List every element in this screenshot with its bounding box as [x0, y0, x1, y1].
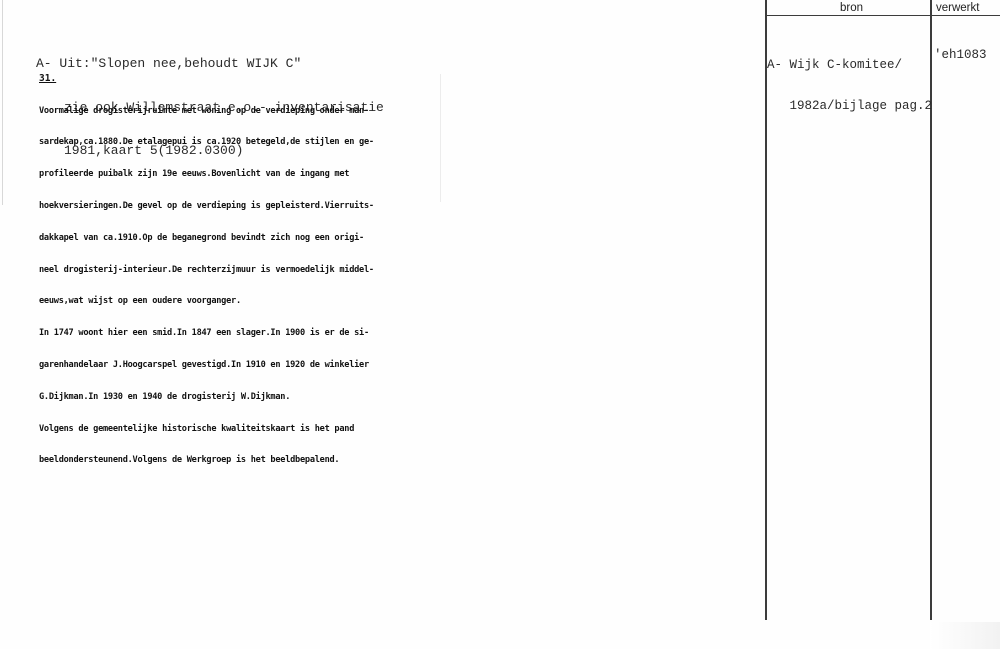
entry-line: Volgens de gemeentelijke historische kwa…: [39, 424, 441, 435]
card-edge: [2, 0, 3, 205]
entry-line: In 1747 woont hier een smid.In 1847 een …: [39, 328, 441, 339]
verwerkt-code: 'eh1083: [934, 48, 987, 62]
verwerkt-column-header: verwerkt: [936, 2, 979, 14]
entry-line: G.Dijkman.In 1930 en 1940 de drogisterij…: [39, 392, 441, 403]
bron-line-2: 1982a/bijlage pag.2: [767, 100, 932, 114]
bron-source: A- Wijk C-komitee/ 1982a/bijlage pag.2: [767, 32, 932, 140]
entry-line: garenhandelaar J.Hoogcarspel gevestigd.I…: [39, 360, 441, 371]
entry-body: Voormalige drogisterijruimte met woning …: [39, 85, 441, 488]
entry-line: eeuws,wat wijst op een oudere voorganger…: [39, 296, 441, 307]
bron-column-header: bron: [840, 2, 863, 14]
paste-edge: [440, 74, 441, 202]
scan-shadow: [930, 622, 1000, 649]
entry-line: neel drogisterij-interieur.De rechterzij…: [39, 265, 441, 276]
entry-line: sardekap,ca.1880.De etalagepui is ca.192…: [39, 137, 441, 148]
pasted-description: 31. Voormalige drogisterijruimte met won…: [37, 74, 441, 202]
header-line-1: A- Uit:"Slopen nee,behoudt WIJK C": [36, 57, 384, 72]
entry-line: profileerde puibalk zijn 19e eeuws.Boven…: [39, 169, 441, 180]
header-rule: [766, 15, 1000, 16]
archive-index-card: A- Uit:"Slopen nee,behoudt WIJK C" zie o…: [0, 0, 1000, 649]
entry-line: hoekversieringen.De gevel op de verdiepi…: [39, 201, 441, 212]
bron-line-1: A- Wijk C-komitee/: [767, 59, 932, 73]
entry-number: 31.: [39, 74, 441, 85]
entry-line: Voormalige drogisterijruimte met woning …: [39, 106, 441, 117]
entry-line: dakkapel van ca.1910.Op de beganegrond b…: [39, 233, 441, 244]
entry-line: beeldondersteunend.Volgens de Werkgroep …: [39, 455, 441, 466]
